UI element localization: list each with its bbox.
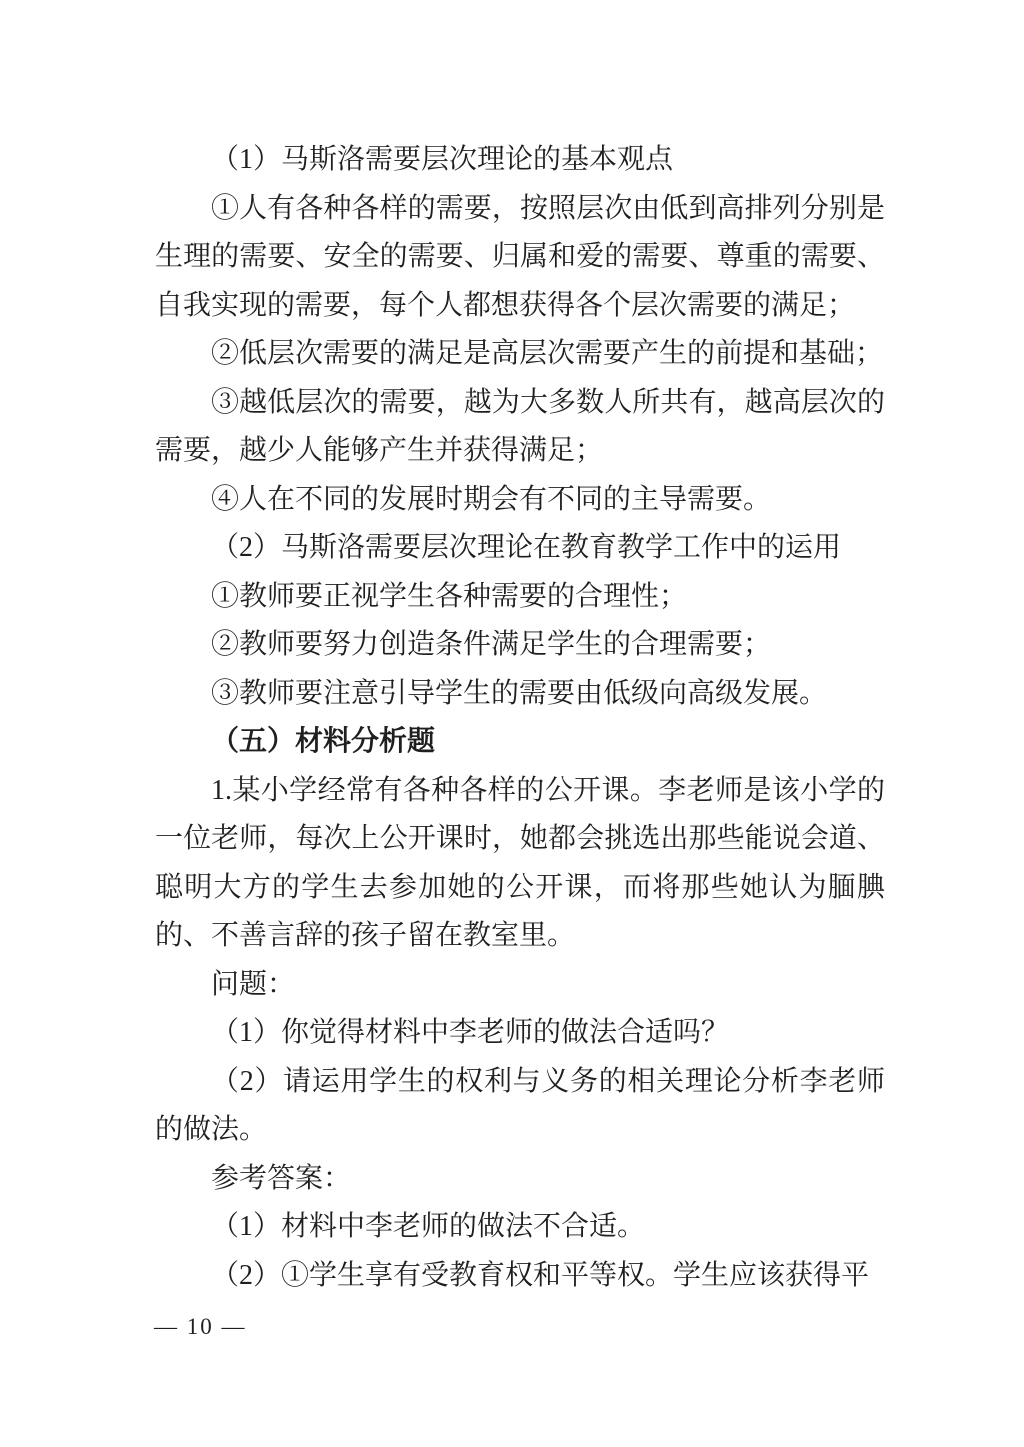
paragraph: ②教师要努力创造条件满足学生的合理需要； <box>155 621 885 670</box>
paragraph: （1）马斯洛需要层次理论的基本观点 <box>155 136 885 185</box>
paragraph: （1）材料中李老师的做法不合适。 <box>155 1203 885 1252</box>
document-body: （1）马斯洛需要层次理论的基本观点①人有各种各样的需要，按照层次由低到高排列分别… <box>155 136 885 1300</box>
paragraph: ③越低层次的需要，越为大多数人所共有，越高层次的需要，越少人能够产生并获得满足； <box>155 379 885 476</box>
paragraph: ④人在不同的发展时期会有不同的主导需要。 <box>155 476 885 525</box>
paragraph: （2）①学生享有受教育权和平等权。学生应该获得平 <box>155 1252 885 1301</box>
paragraph: ①教师要正视学生各种需要的合理性； <box>155 573 885 622</box>
paragraph: （五）材料分析题 <box>155 718 885 767</box>
paragraph: 问题： <box>155 961 885 1010</box>
page-number: — 10 — <box>154 1312 247 1342</box>
paragraph: （2）马斯洛需要层次理论在教育教学工作中的运用 <box>155 524 885 573</box>
paragraph: ③教师要注意引导学生的需要由低级向高级发展。 <box>155 670 885 719</box>
paragraph: （1）你觉得材料中李老师的做法合适吗？ <box>155 1009 885 1058</box>
paragraph: 1.某小学经常有各种各样的公开课。李老师是该小学的一位老师，每次上公开课时，她都… <box>155 767 885 961</box>
paragraph: （2）请运用学生的权利与义务的相关理论分析李老师的做法。 <box>155 1058 885 1155</box>
paragraph: ②低层次需要的满足是高层次需要产生的前提和基础； <box>155 330 885 379</box>
document-page: （1）马斯洛需要层次理论的基本观点①人有各种各样的需要，按照层次由低到高排列分别… <box>0 0 1024 1447</box>
paragraph: ①人有各种各样的需要，按照层次由低到高排列分别是生理的需要、安全的需要、归属和爱… <box>155 185 885 331</box>
paragraph: 参考答案： <box>155 1155 885 1204</box>
